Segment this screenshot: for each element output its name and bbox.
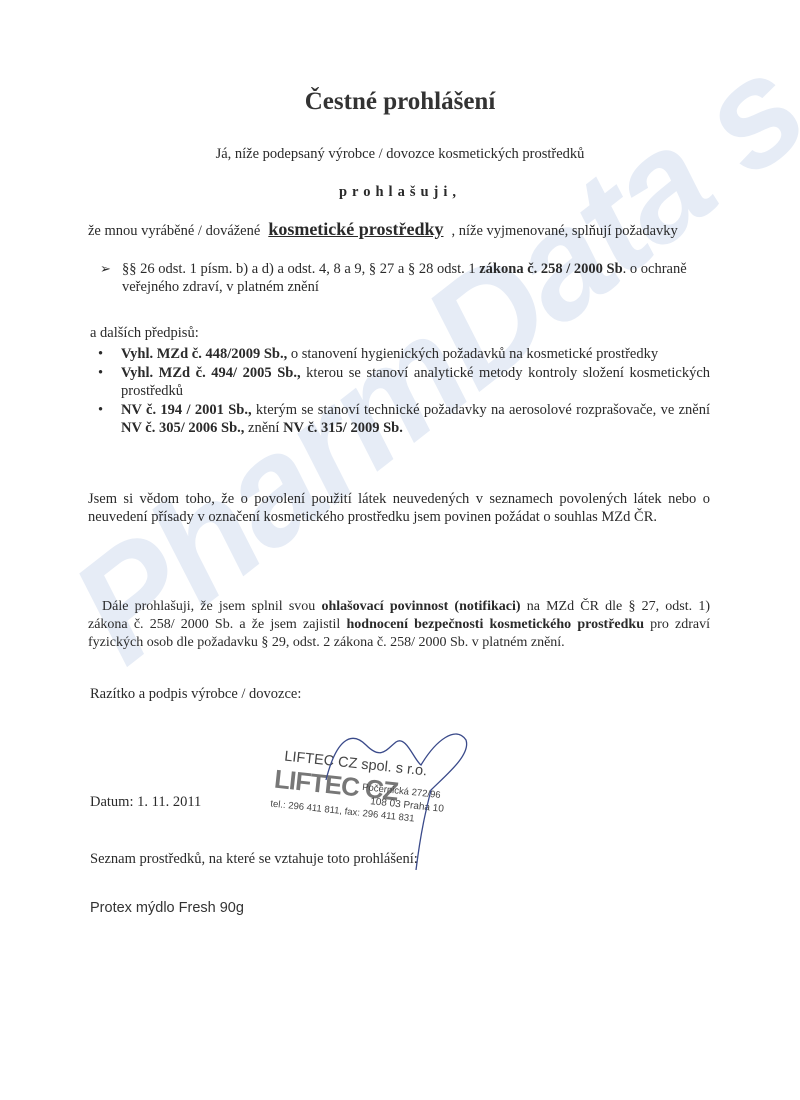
document-page: Čestné prohlášení Já, níže podepsaný výr… [0, 0, 800, 1100]
declare-word: prohlašuji, [0, 184, 800, 201]
bullet-icon: • [98, 345, 103, 363]
arrow-bullet-icon: ➢ [100, 260, 111, 278]
bullet-icon: • [98, 401, 103, 419]
product-list-label: Seznam prostředků, na které se vztahuje … [90, 851, 418, 868]
product-category: kosmetické prostředky [268, 219, 443, 239]
signature-icon [256, 720, 476, 870]
list-item: •Vyhl. MZd č. 494/ 2005 Sb., kterou se s… [88, 364, 710, 400]
signature-label: Razítko a podpis výrobce / dovozce: [90, 686, 301, 703]
company-stamp: LIFTEC CZ spol. s r.o. LIFTEC CZ Počerni… [256, 720, 476, 870]
list-item: •NV č. 194 / 2001 Sb., kterým se stanoví… [88, 401, 710, 437]
product-item: Protex mýdlo Fresh 90g [90, 900, 244, 916]
list-item: •Vyhl. MZd č. 448/2009 Sb., o stanovení … [88, 345, 710, 363]
awareness-paragraph: Jsem si vědom toho, že o povolení použit… [88, 490, 710, 526]
bullet-icon: • [98, 364, 103, 382]
law-reference: ➢ §§ 26 odst. 1 písm. b) a d) a odst. 4,… [122, 260, 710, 296]
notification-paragraph: Dále prohlašuji, že jsem splnil svou ohl… [88, 598, 710, 652]
regulations-list: •Vyhl. MZd č. 448/2009 Sb., o stanovení … [88, 345, 710, 438]
date-label: Datum: 1. 11. 2011 [90, 794, 201, 811]
compliance-paragraph: že mnou vyráběné / dováženékosmetické pr… [88, 220, 710, 240]
intro-line: Já, níže podepsaný výrobce / dovozce kos… [0, 146, 800, 163]
other-regulations-label: a dalších předpisů: [90, 325, 199, 342]
document-title: Čestné prohlášení [0, 88, 800, 116]
